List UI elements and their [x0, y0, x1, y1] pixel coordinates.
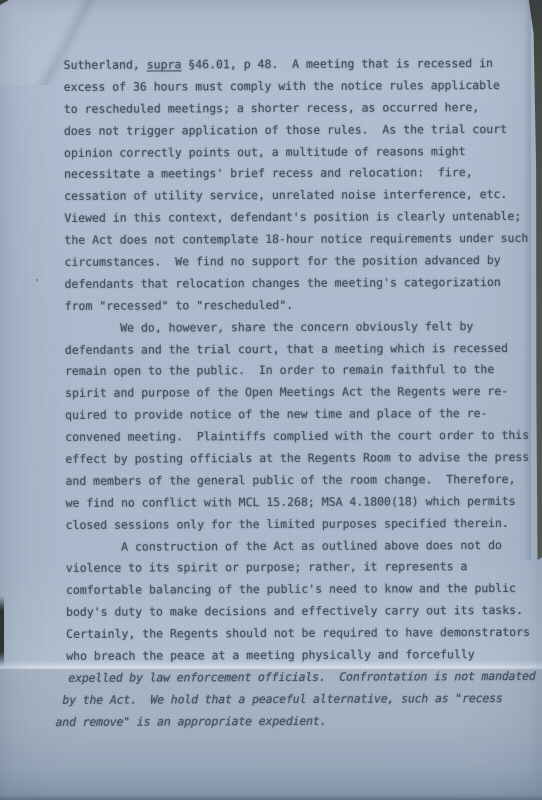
text-line: A construction of the Act as outlined ab…	[66, 534, 542, 558]
paper-bottom-shadow	[0, 796, 542, 800]
text-line: who breach the peace at a meeting physic…	[66, 644, 542, 668]
text-line: excess of 36 hours must comply with the …	[64, 75, 542, 99]
text-line: does not trigger application of those ru…	[64, 118, 542, 142]
text-line: cessation of utility service, unrelated …	[64, 184, 542, 208]
text-line-italic: and remove" is an appropriate expedient.	[55, 710, 542, 734]
text-line: circumstances. We find no support for th…	[64, 250, 542, 274]
text-line: defendants that relocation changes the m…	[65, 272, 542, 296]
text-segment: Sutherland,	[64, 58, 147, 72]
text-line: comfortable balancing of the public's ne…	[66, 578, 542, 602]
text-segment: §46.01, p 48. A meeting that is recessed…	[181, 56, 493, 71]
text-line: We do, however, share the concern obviou…	[65, 316, 542, 340]
desk-background-left-edge	[0, 596, 4, 666]
text-line: necessitate a meetings' brief recess and…	[64, 162, 542, 186]
text-line: we find no conflict with MCL 15.268; MSA…	[66, 491, 542, 515]
document-page-text: Sutherland, supra §46.01, p 48. A meetin…	[0, 0, 542, 734]
text-line: the Act does not contemplate 18-hour not…	[64, 228, 542, 252]
underlined-citation: supra	[147, 57, 182, 71]
text-line: and members of the general public of the…	[65, 469, 542, 493]
text-line: opinion correctly points out, a multitud…	[64, 140, 542, 164]
text-line: from "recessed" to "rescheduled".	[65, 294, 542, 318]
text-line: Sutherland, supra §46.01, p 48. A meetin…	[64, 53, 542, 77]
text-line: Certainly, the Regents should not be req…	[66, 622, 542, 646]
paper-speck	[36, 279, 38, 281]
text-line: spirit and purpose of the Open Meetings …	[65, 381, 542, 405]
text-line-italic: expelled by law enforcement officials. C…	[68, 666, 542, 690]
text-line: convened meeting. Plaintiffs complied wi…	[65, 425, 542, 449]
text-line: effect by posting officials at the Regen…	[65, 447, 542, 471]
text-line: quired to provide notice of the new time…	[65, 403, 542, 427]
text-line: remain open to the public. In order to r…	[65, 359, 542, 383]
paper-speck	[509, 214, 511, 216]
text-line: to rescheduled meetings; a shorter reces…	[64, 97, 542, 121]
text-line: body's duty to make decisions and effect…	[66, 600, 542, 624]
text-line: Viewed in this context, defendant's posi…	[64, 206, 542, 230]
text-line: closed sessions only for the limited pur…	[66, 513, 542, 537]
text-line-italic: by the Act. We hold that a peaceful alte…	[62, 688, 542, 712]
document-photo: Sutherland, supra §46.01, p 48. A meetin…	[0, 0, 542, 800]
text-line: defendants and the trial court, that a m…	[65, 337, 542, 361]
text-line: violence to its spirit or purpose; rathe…	[66, 556, 542, 580]
